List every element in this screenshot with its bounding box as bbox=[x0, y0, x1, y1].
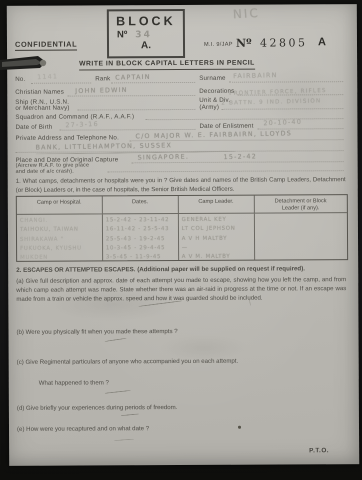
capture-place-handwritten: SINGAPORE. bbox=[138, 153, 190, 162]
confidential-marking: CONFIDENTIAL bbox=[15, 40, 77, 51]
christian-names-value-handwritten: JOHN EDWIN bbox=[75, 86, 128, 95]
table-cell: 16-11-42 - 25-5-43 bbox=[106, 225, 177, 235]
question-2c2-text: What happened to them ? bbox=[39, 378, 239, 388]
col-header-leader: Camp Leader. bbox=[178, 196, 254, 214]
table-cell: 25-5-43 - 19-2-45 bbox=[106, 235, 177, 245]
unit-div-label-line2: (Army) bbox=[199, 104, 219, 111]
capture-date-handwritten: 15-2-42 bbox=[224, 152, 258, 161]
table-cell: A V H MALTBY bbox=[182, 234, 253, 244]
private-address-label: Private Address and Telephone No. bbox=[15, 134, 119, 142]
question-2e-text: (e) How were you recaptured and on what … bbox=[17, 423, 337, 434]
pencil-note: NIC bbox=[232, 6, 260, 22]
form-paper: NIC BLOCK Nº34 A. CONFIDENTIAL M.I. 9/JA… bbox=[7, 4, 359, 466]
date-of-birth-value-handwritten: 27-3-16 bbox=[65, 120, 99, 129]
table-cell: MUKDEN bbox=[20, 254, 101, 261]
pencil-dash-answer-e bbox=[114, 439, 134, 441]
address-value-handwritten-line2: BANK, LITTLEHAMPTON, SUSSEX bbox=[35, 141, 172, 151]
squadron-command-label: Squadron and Command (R.A.F., A.A.F.) bbox=[15, 113, 134, 121]
table-cell: SHIRAKAWA " bbox=[20, 235, 101, 245]
table-cell: 10-3-45 - 29-4-45 bbox=[106, 244, 177, 254]
pencil-dash-answer-c bbox=[105, 390, 131, 394]
stamp-section-label: A. bbox=[109, 40, 183, 51]
camp-column-entries: CHANGI. TAIHOKU, TAIWAN SHIRAKAWA " FUKU… bbox=[17, 214, 103, 260]
pto-label: P.T.O. bbox=[309, 447, 329, 454]
unit-value-handwritten-line1: FRONTIER FORCE, RIFLES bbox=[229, 88, 327, 97]
scanned-document-photo: { "header": { "confidential": "CONFIDENT… bbox=[0, 0, 362, 480]
table-cell: LT COL JEPHSON bbox=[182, 225, 253, 235]
date-of-enlistment-value-handwritten: 20-10-40 bbox=[263, 118, 302, 128]
serial-number: 42805 bbox=[260, 36, 308, 49]
christian-names-label: Christian Names bbox=[15, 89, 64, 96]
serial-series-letter: A bbox=[318, 36, 327, 48]
block-stamp: BLOCK Nº34 A. bbox=[107, 9, 185, 58]
col-header-dates: Dates. bbox=[103, 196, 179, 214]
table-cell: — bbox=[182, 244, 253, 254]
detachment-column-entries bbox=[254, 213, 347, 259]
dates-column-entries: 15-2-42 - 23-11-42 16-11-42 - 25-5-43 25… bbox=[103, 214, 179, 260]
col-header-camp: Camp or Hospital. bbox=[17, 196, 103, 214]
rank-value-handwritten: CAPTAIN bbox=[115, 73, 151, 82]
question-1-text: 1. What camps, detachments or hospitals … bbox=[16, 175, 346, 195]
question-2b-text: (b) Were you physically fit when you mad… bbox=[16, 326, 316, 337]
stamp-block-label: BLOCK bbox=[109, 14, 183, 28]
unit-value-handwritten-line2: 2 BATTN. 9 IND. DIVISION bbox=[221, 98, 321, 106]
table-cell: 15-2-42 - 23-11-42 bbox=[106, 216, 177, 226]
mi9-reference: M.I. 9/JAP bbox=[204, 42, 233, 48]
serial-no-symbol: Nº bbox=[236, 37, 252, 50]
pencil-dash-answer-d bbox=[121, 413, 139, 416]
table-cell: FUKUOKA, KYUSHU bbox=[20, 244, 101, 254]
stamp-number-handwritten: 34 bbox=[135, 30, 152, 40]
date-of-enlistment-label: Date of Enlistment bbox=[199, 123, 253, 130]
pencil-instruction-heading: WRITE IN BLOCK CAPITAL LETTERS IN PENCIL bbox=[79, 60, 255, 70]
table-cell: CHANGI. bbox=[20, 216, 101, 226]
leader-column-entries: GENERAL KEY LT COL JEPHSON A V H MALTBY … bbox=[179, 214, 255, 260]
camps-table: Camp or Hospital. Dates. Camp Leader. De… bbox=[16, 194, 348, 262]
question-2d-text: (d) Give briefly your experiences during… bbox=[17, 402, 337, 413]
question-2c-text: (c) Give Regimental particulars of anyon… bbox=[17, 356, 337, 367]
question-2a-text: (a) Give full description and approx. da… bbox=[16, 275, 346, 304]
surname-label: Surname bbox=[199, 75, 226, 82]
table-cell: GENERAL KEY bbox=[182, 216, 253, 226]
stamp-no-label: Nº34 bbox=[117, 29, 183, 40]
table-cell: 3-5-45 - 11-9-45 bbox=[106, 253, 177, 260]
capture-label-line3: and date of a/c crash). bbox=[16, 169, 74, 175]
rank-label: Rank bbox=[95, 75, 110, 82]
pencil-dash-answer-b bbox=[105, 338, 127, 342]
table-cell: A V M. MALTBY bbox=[182, 253, 253, 260]
paper-clip-icon bbox=[0, 52, 52, 78]
surname-value-handwritten: FAIRBAIRN bbox=[233, 71, 278, 80]
ship-label-line2: or Merchant Navy) bbox=[15, 105, 69, 112]
col-header-detachment: Detachment or BlockLeader (if any). bbox=[254, 195, 346, 213]
date-of-birth-label: Date of Birth bbox=[15, 124, 52, 131]
table-cell: TAIHOKU, TAIWAN bbox=[20, 226, 101, 236]
ink-dot bbox=[238, 426, 241, 429]
section-2-heading: 2. ESCAPES OR ATTEMPTED ESCAPES. (Additi… bbox=[16, 264, 346, 275]
